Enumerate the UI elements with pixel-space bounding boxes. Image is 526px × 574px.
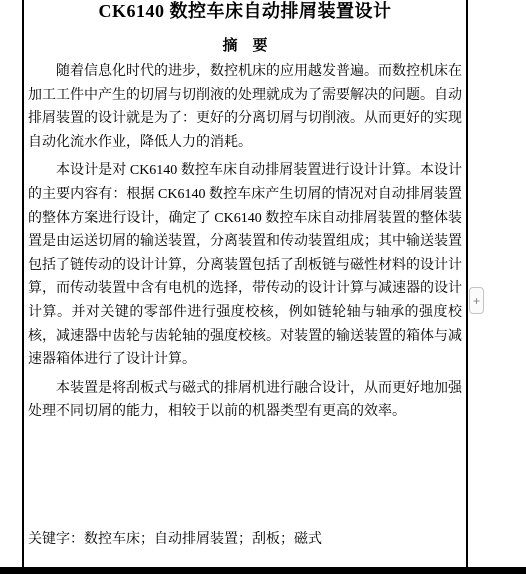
abstract-paragraph-3: 本装置是将刮板式与磁式的排屑机进行融合设计，从而更好地加强处理不同切屑的能力，相… [28, 377, 462, 424]
abstract-paragraph-1: 随着信息化时代的进步，数控机床的应用越发普遍。而数控机床在加工工件中产生的切屑与… [28, 60, 462, 154]
plus-button[interactable]: + [469, 287, 484, 314]
document-page: CK6140 数控车床自动排屑装置设计 摘 要 随着信息化时代的进步，数控机床的… [0, 0, 526, 574]
abstract-paragraph-2: 本设计是对 CK6140 数控车床自动排屑装置进行设计计算。本设计的主要内容有：… [28, 159, 462, 371]
keywords-line: 关键字：数控车床；自动排屑装置；刮板；磁式 [28, 528, 462, 548]
abstract-body: 随着信息化时代的进步，数控机床的应用越发普遍。而数控机床在加工工件中产生的切屑与… [28, 60, 462, 429]
page-left-border [22, 0, 24, 567]
page-right-border [466, 0, 468, 567]
plus-icon: + [473, 295, 480, 307]
page-title: CK6140 数控车床自动排屑装置设计 [22, 0, 468, 23]
page-bottom-edge [0, 567, 526, 574]
abstract-heading: 摘 要 [22, 34, 468, 55]
